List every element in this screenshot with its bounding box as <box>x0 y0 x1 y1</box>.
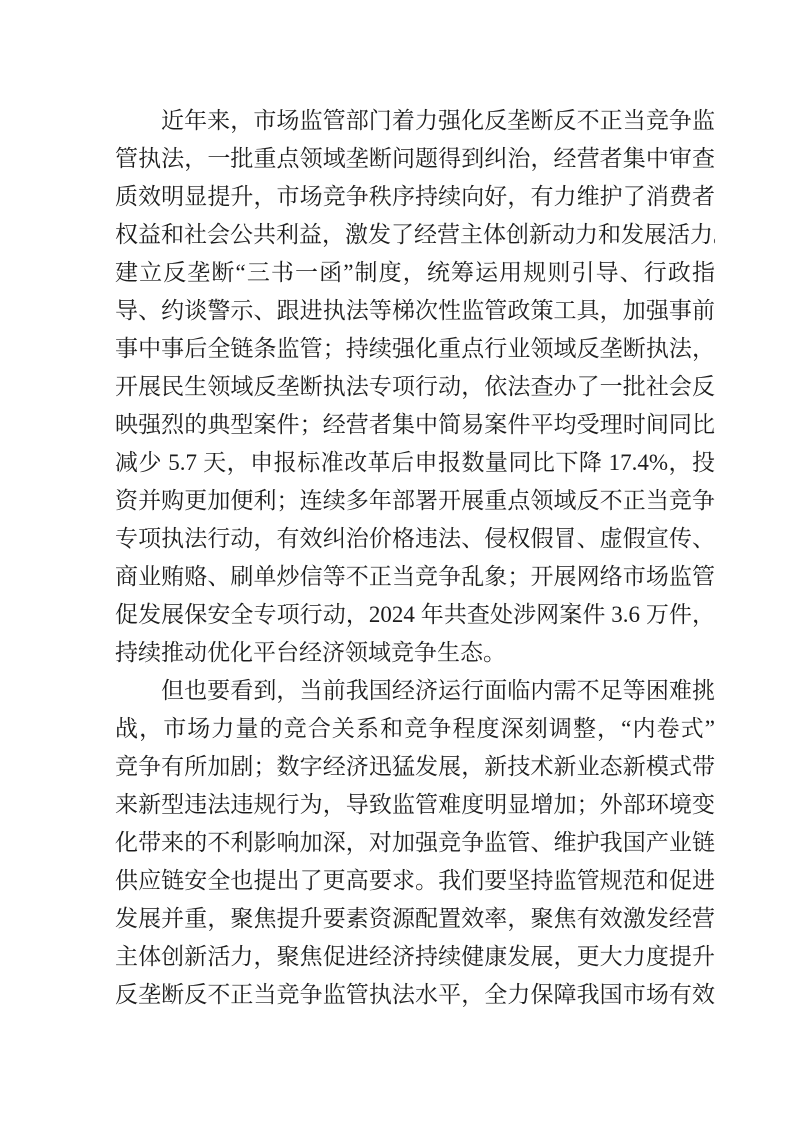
paragraph-2: 但也要看到，当前我国经济运行面临内需不足等困难挑 战，市场力量的竞合关系和竞争程… <box>115 672 715 1014</box>
text-line: 质效明显提升，市场竞争秩序持续向好，有力维护了消费者 <box>115 178 715 216</box>
text-line: 化带来的不利影响加深，对加强竞争监管、维护我国产业链 <box>115 824 715 862</box>
text-line: 商业贿赂、刷单炒信等不正当竞争乱象；开展网络市场监管 <box>115 558 715 596</box>
text-line: 供应链安全也提出了更高要求。我们要坚持监管规范和促进 <box>115 862 715 900</box>
text-line: 但也要看到，当前我国经济运行面临内需不足等困难挑 <box>115 672 715 710</box>
text-line: 映强烈的典型案件；经营者集中简易案件平均受理时间同比 <box>115 406 715 444</box>
text-line: 促发展保安全专项行动，2024 年共查处涉网案件 3.6 万件， <box>115 596 715 634</box>
text-line: 导、约谈警示、跟进执法等梯次性监管政策工具，加强事前 <box>115 292 715 330</box>
text-line: 减少 5.7 天，申报标准改革后申报数量同比下降 17.4%，投 <box>115 444 715 482</box>
text-line: 战，市场力量的竞合关系和竞争程度深刻调整，“内卷式” <box>115 710 715 748</box>
text-line: 来新型违法违规行为，导致监管难度明显增加；外部环境变 <box>115 786 715 824</box>
text-line: 持续推动优化平台经济领域竞争生态。 <box>115 634 715 672</box>
text-line: 事中事后全链条监管；持续强化重点行业领域反垄断执法， <box>115 330 715 368</box>
document-body: 近年来，市场监管部门着力强化反垄断反不正当竞争监 管执法，一批重点领域垄断问题得… <box>115 102 715 1014</box>
paragraph-1: 近年来，市场监管部门着力强化反垄断反不正当竞争监 管执法，一批重点领域垄断问题得… <box>115 102 715 672</box>
text-line: 专项执法行动，有效纠治价格违法、侵权假冒、虚假宣传、 <box>115 520 715 558</box>
document-page: 近年来，市场监管部门着力强化反垄断反不正当竞争监 管执法，一批重点领域垄断问题得… <box>0 0 793 1122</box>
text-line: 竞争有所加剧；数字经济迅猛发展，新技术新业态新模式带 <box>115 748 715 786</box>
text-line: 开展民生领域反垄断执法专项行动，依法查办了一批社会反 <box>115 368 715 406</box>
text-line: 建立反垄断“三书一函”制度，统筹运用规则引导、行政指 <box>115 254 715 292</box>
text-line: 权益和社会公共利益，激发了经营主体创新动力和发展活力。 <box>115 216 715 254</box>
text-line: 反垄断反不正当竞争监管执法水平，全力保障我国市场有效 <box>115 976 715 1014</box>
text-line: 管执法，一批重点领域垄断问题得到纠治，经营者集中审查 <box>115 140 715 178</box>
text-line: 发展并重，聚焦提升要素资源配置效率，聚焦有效激发经营 <box>115 900 715 938</box>
text-line: 主体创新活力，聚焦促进经济持续健康发展，更大力度提升 <box>115 938 715 976</box>
text-line: 资并购更加便利；连续多年部署开展重点领域反不正当竞争 <box>115 482 715 520</box>
text-line: 近年来，市场监管部门着力强化反垄断反不正当竞争监 <box>115 102 715 140</box>
